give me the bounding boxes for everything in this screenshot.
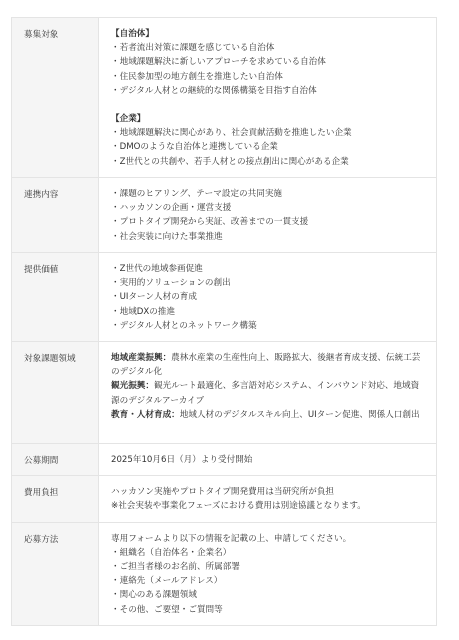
list-item: ・連絡先（メールアドレス） (111, 574, 426, 588)
list-item: ・組織名（自治体名・企業名） (111, 546, 426, 560)
recruitment-info-table: 募集対象 【自治体】 ・若者流出対策に課題を感じている自治体 ・地域課題解決に新… (11, 17, 437, 626)
list-item: ・地域DXの推進 (111, 305, 426, 319)
list-item: ・住民参加型の地方創生を推進したい自治体 (111, 70, 426, 84)
list-item: ・若者流出対策に課題を感じている自治体 (111, 41, 426, 55)
table-row-cost: 費用負担 ハッカソン実施やプロトタイプ開発費用は当研究所が負担 ※社会実装や事業… (12, 476, 437, 522)
cost-line: ハッカソン実施やプロトタイプ開発費用は当研究所が負担 (111, 485, 426, 499)
domain-title: 地域産業振興： (111, 353, 171, 363)
list-item: ・Z世代の地域参画促進 (111, 262, 426, 276)
cost-note: ※社会実装や事業化フェーズにおける費用は別途協議となります。 (111, 499, 426, 513)
table-row-value: 提供価値 ・Z世代の地域参画促進 ・実用的ソリューションの創出 ・UIターン人材… (12, 253, 437, 342)
table-row-period: 公募期間 2025年10月6日（月）より受付開始 (12, 444, 437, 476)
group-heading: 【企業】 (111, 112, 426, 126)
row-content: ・Z世代の地域参画促進 ・実用的ソリューションの創出 ・UIターン人材の育成 ・… (99, 253, 437, 342)
domain-text: 地域人材のデジタルスキル向上、UIターン促進、関係人口創出 (180, 410, 420, 420)
row-label: 費用負担 (12, 476, 99, 522)
list-item: ・デジタル人材とのネットワーク構築 (111, 319, 426, 333)
list-item: ・課題のヒアリング、テーマ設定の共同実施 (111, 187, 426, 201)
row-content: ハッカソン実施やプロトタイプ開発費用は当研究所が負担 ※社会実装や事業化フェーズ… (99, 476, 437, 522)
list-item: ・デジタル人材との継続的な関係構築を目指す自治体 (111, 84, 426, 98)
list-item: ・その他、ご要望・ご質問等 (111, 603, 426, 617)
row-label: 公募期間 (12, 444, 99, 476)
period-text: 2025年10月6日（月）より受付開始 (111, 453, 426, 467)
table-row-target: 募集対象 【自治体】 ・若者流出対策に課題を感じている自治体 ・地域課題解決に新… (12, 18, 437, 178)
row-content: ・課題のヒアリング、テーマ設定の共同実施 ・ハッカソンの企画・運営支援 ・プロト… (99, 178, 437, 253)
list-item: ・ハッカソンの企画・運営支援 (111, 201, 426, 215)
row-content: 2025年10月6日（月）より受付開始 (99, 444, 437, 476)
domain-item: 地域産業振興：農林水産業の生産性向上、販路拡大、後継者育成支援、伝統工芸のデジタ… (111, 351, 426, 379)
group-heading: 【自治体】 (111, 27, 426, 41)
row-label: 提供価値 (12, 253, 99, 342)
table-row-application: 応募方法 専用フォームより以下の情報を記載の上、申請してください。 ・組織名（自… (12, 522, 437, 625)
list-item: ・ご担当者様のお名前、所属部署 (111, 560, 426, 574)
list-item: ・プロトタイプ開発から実証、改善までの一貫支援 (111, 215, 426, 229)
table-row-domains: 対象課題領域 地域産業振興：農林水産業の生産性向上、販路拡大、後継者育成支援、伝… (12, 342, 437, 444)
row-label: 応募方法 (12, 522, 99, 625)
list-item: ・関心のある課題領域 (111, 588, 426, 602)
row-content: 【自治体】 ・若者流出対策に課題を感じている自治体 ・地域課題解決に新しいアプロ… (99, 18, 437, 178)
table-row-collaboration: 連携内容 ・課題のヒアリング、テーマ設定の共同実施 ・ハッカソンの企画・運営支援… (12, 178, 437, 253)
domain-title: 観光振興： (111, 381, 154, 391)
list-item: ・UIターン人材の育成 (111, 290, 426, 304)
row-label: 連携内容 (12, 178, 99, 253)
domain-text: 観光ルート最適化、多言語対応システム、インバウンド対応、地域資源のデジタルアーカ… (111, 381, 419, 405)
list-item: ・地域課題解決に関心があり、社会貢献活動を推進したい企業 (111, 126, 426, 140)
spacer (111, 98, 426, 112)
row-content: 専用フォームより以下の情報を記載の上、申請してください。 ・組織名（自治体名・企… (99, 522, 437, 625)
application-intro: 専用フォームより以下の情報を記載の上、申請してください。 (111, 532, 426, 546)
list-item: ・社会実装に向けた事業推進 (111, 230, 426, 244)
list-item: ・Z世代との共創や、若手人材との接点創出に関心がある企業 (111, 155, 426, 169)
row-label: 対象課題領域 (12, 342, 99, 444)
list-item: ・実用的ソリューションの創出 (111, 276, 426, 290)
list-item: ・地域課題解決に新しいアプローチを求めている自治体 (111, 55, 426, 69)
domain-title: 教育・人材育成： (111, 410, 180, 420)
list-item: ・DMOのような自治体と連携している企業 (111, 140, 426, 154)
domain-item: 教育・人材育成：地域人材のデジタルスキル向上、UIターン促進、関係人口創出 (111, 408, 426, 422)
domain-item: 観光振興：観光ルート最適化、多言語対応システム、インバウンド対応、地域資源のデジ… (111, 379, 426, 407)
row-label: 募集対象 (12, 18, 99, 178)
row-content: 地域産業振興：農林水産業の生産性向上、販路拡大、後継者育成支援、伝統工芸のデジタ… (99, 342, 437, 444)
